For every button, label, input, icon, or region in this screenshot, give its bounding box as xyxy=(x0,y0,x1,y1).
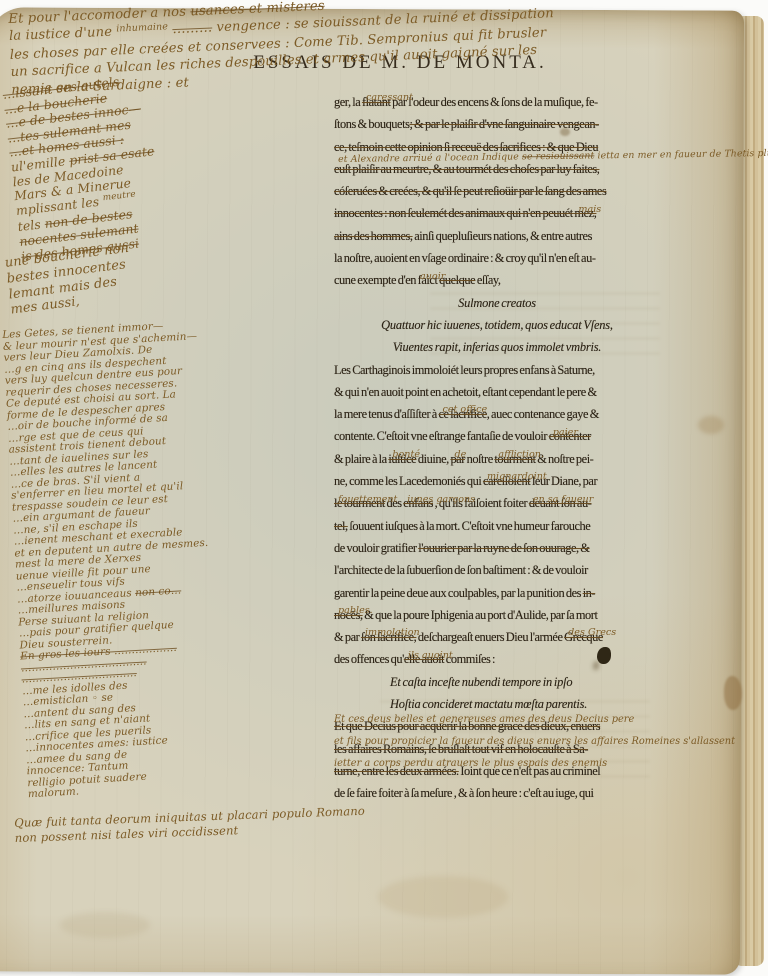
print-segment: ; & par le plaiſir d'vne ſanguinaire ven… xyxy=(409,117,598,131)
interline-handwriting: mignardoint xyxy=(487,466,547,488)
print-line: Viuentes rapit, inferias quos immolet vm… xyxy=(334,336,660,358)
print-segment: Sulmone creatos xyxy=(458,296,536,310)
print-segment: ainſi quepluſieurs nations, & entre autr… xyxy=(413,229,592,243)
print-segment: in- xyxy=(583,586,595,600)
print-segment: cóſeruées & creées, & qu'il ſe peut reſi… xyxy=(334,184,606,198)
print-segment: Viuentes rapit, inferias quos immolet vm… xyxy=(393,340,601,354)
interline-handwriting: des Grecs xyxy=(568,622,616,644)
print-line: l'architecte de la ſubuerſion de ſon baſ… xyxy=(334,559,660,581)
interline-handwriting: paier xyxy=(553,422,578,444)
paper-stain xyxy=(60,912,150,938)
print-line: Sulmone creatos xyxy=(334,292,660,314)
print-line: garentir la peine deue aux coulpables, p… xyxy=(334,582,660,604)
print-line: & par ſon ſacrifice,immolation deſcharge… xyxy=(334,626,660,648)
print-line: de vouloir gratifier l'ouurier par la ru… xyxy=(334,537,660,559)
print-segment: enfansiunes garçons xyxy=(403,496,433,510)
interline-handwriting: immolation xyxy=(365,622,420,644)
interline-handwriting: et fils pour propicier la faueur des die… xyxy=(334,731,735,753)
print-segment: deſchargeaſt enuers Dieu l'armée xyxy=(416,630,564,644)
print-segment: & noſtre pei- xyxy=(536,452,594,466)
print-line: cóſeruées & creées, & qu'il ſe peut reſi… xyxy=(334,180,660,202)
print-line: la mere tenus d'aſſiſter à ce ſacrificec… xyxy=(334,403,660,425)
print-line: ietter a corps perdu atrauers le plus es… xyxy=(334,760,660,782)
print-segment: elle auoitils auoint xyxy=(404,652,444,666)
print-segment: flatantcaressant xyxy=(362,95,391,109)
print-segment: ger, la xyxy=(334,95,362,109)
paper-stain xyxy=(698,416,724,434)
print-segment: cune exempte d'en xyxy=(334,273,416,287)
print-segment: careſſoientmignardoint xyxy=(483,474,530,488)
print-line: le tourmentfouettement des enfansiunes g… xyxy=(334,492,660,514)
print-segment: & plaire à la xyxy=(334,452,388,466)
print-segment: de ſe faire foiter à ſa meſure , & à ſon… xyxy=(334,786,594,800)
print-segment: Et caſta inceſte nubendi tempore in ipſo xyxy=(390,675,572,689)
handwriting-segment: malorum. xyxy=(28,785,80,800)
interline-handwriting: mais xyxy=(578,199,601,221)
print-segment: & qui n'en auoit point en achetoit, eſta… xyxy=(334,385,597,399)
interline-handwriting: ils auoint xyxy=(408,645,453,667)
print-segment: ſon ſacrifice,immolation xyxy=(361,630,416,644)
print-line: contente. C'eſtoit vne eſtrange fantaſie… xyxy=(334,425,660,447)
handwritten-note-left-margin-3: Les Getes, se tienent immor—& leur mouri… xyxy=(2,311,360,800)
print-line: ger, la flatantcaressant par l'odeur des… xyxy=(334,91,660,113)
paper-stain xyxy=(724,676,742,710)
print-segment: deuant ſon au-en sa faueur xyxy=(529,496,592,510)
handwriting-segment: meutre xyxy=(102,190,136,204)
print-segment: , auec contenance gaye & xyxy=(487,407,599,421)
interline-handwriting: iunes garçons xyxy=(407,489,475,511)
print-segment: mez,mais xyxy=(574,206,596,220)
print-segment: l'architecte de la ſubuerſion de ſon baſ… xyxy=(334,563,588,577)
handwriting-segment: ……… xyxy=(172,21,212,38)
print-segment: garentir la peine deue aux coulpables, p… xyxy=(334,586,583,600)
print-line: Quattuor hic iuuenes, totidem, quos educ… xyxy=(334,314,660,336)
print-line: cune exempte d'en faict auoirquelque eſſ… xyxy=(334,269,660,291)
print-line: Les Carthaginois immoloiét leurs propres… xyxy=(334,359,660,381)
print-line: ains des hommes, ainſi quepluſieurs nati… xyxy=(334,225,660,247)
print-segment: par l'odeur des encens & ſons de la muſi… xyxy=(390,95,597,109)
paper-stain xyxy=(378,876,508,918)
print-segment: Les Carthaginois immoloiét leurs propres… xyxy=(334,363,595,377)
print-segment: parde xyxy=(450,452,464,466)
interline-handwriting: Et ces deus belles et genereuses ames de… xyxy=(334,709,634,731)
print-segment: ne, comme les Lacedemoniés qui xyxy=(334,474,483,488)
print-segment: Quattuor hic iuuenes, totidem, quos educ… xyxy=(381,318,613,332)
print-segment: diuine, xyxy=(416,452,450,466)
print-segment: noſtre xyxy=(465,452,495,466)
print-line: la noſtre, auoient en vſage ordinaire : … xyxy=(334,247,660,269)
print-segment: la mere tenus d'aſſiſter à xyxy=(334,407,438,421)
interline-handwriting: affliction. xyxy=(498,444,544,466)
print-segment: l'ouurier par la ruyne de ſon ouurage, & xyxy=(418,541,589,555)
print-segment: iuſticebonté xyxy=(388,452,416,466)
print-segment: eſſay, xyxy=(475,273,500,287)
print-segment: faict auoir xyxy=(416,273,439,287)
interline-handwriting: fouettement xyxy=(338,489,397,511)
handwriting-segment: inhumaine xyxy=(116,21,168,34)
interline-handwriting: bonté xyxy=(392,444,420,466)
print-line: Et caſta inceſte nubendi tempore in ipſo xyxy=(334,671,660,693)
print-line: des offences qu'elle auoitils auoint com… xyxy=(334,648,660,670)
print-segment: ains des hommes, xyxy=(334,229,413,243)
print-segment: innocentes : non ſeulemét des animaux qu… xyxy=(334,206,574,220)
interline-handwriting: cet office xyxy=(442,399,487,421)
printed-text-column: ger, la flatantcaressant par l'odeur des… xyxy=(334,91,660,805)
print-segment: & que la poure Iphigenia au port d'Aulid… xyxy=(363,608,598,622)
paper-stain xyxy=(560,128,570,136)
interline-handwriting: ietter a corps perdu atrauers le plus es… xyxy=(334,753,607,775)
print-line: & qui n'en auoit point en achetoit, eſta… xyxy=(334,381,660,403)
handwriting-segment: non co… xyxy=(135,584,182,599)
interline-handwriting: auoir xyxy=(420,266,445,288)
interline-handwriting: caressant xyxy=(366,87,413,109)
print-segment: la noſtre, auoient en vſage ordinaire : … xyxy=(334,251,596,265)
print-segment: Grecquedes Grecs xyxy=(564,630,603,644)
handwritten-note-left-margin-1: …issant ses autels…e la boucherie…e de b… xyxy=(2,51,350,264)
print-segment: contenterpaier xyxy=(549,429,591,443)
print-segment: contente. C'eſtoit vne eſtrange fantaſie… xyxy=(334,429,549,443)
interline-handwriting: de xyxy=(454,444,466,466)
print-line: tel, ſouuent iuſques à la mort. C'eſtoit… xyxy=(334,515,660,537)
print-segment: ſouuent iuſques à la mort. C'eſtoit vne … xyxy=(348,519,591,533)
print-segment: tourmentaffliction. xyxy=(494,452,535,466)
print-segment: ſtons & bouquets xyxy=(334,117,409,131)
interline-handwriting: en sa faueur xyxy=(533,489,594,511)
handwriting-segment: se resiouissant xyxy=(522,150,595,162)
print-line: ſtons & bouquets; & par le plaiſir d'vne… xyxy=(334,113,660,135)
print-segment: ce ſacrificecet office xyxy=(438,407,486,421)
ink-blot xyxy=(597,647,611,664)
handwriting-segment: la iustice d'une xyxy=(9,25,117,44)
print-line: innocentes : non ſeulemét des animaux qu… xyxy=(334,202,660,224)
